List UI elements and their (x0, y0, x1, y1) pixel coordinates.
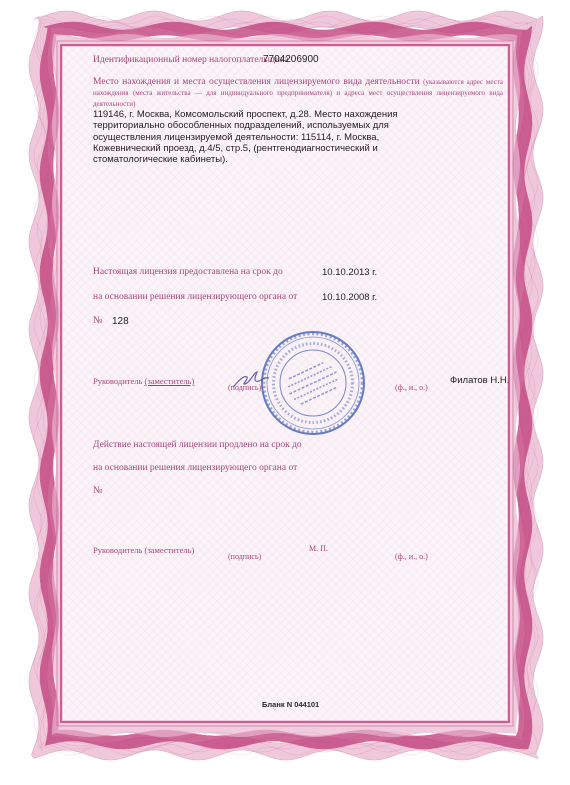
seal-place-label: М. П. (309, 544, 328, 553)
basis-label: на основании решения лицензирующего орга… (93, 292, 297, 302)
location-label-main: Место нахождения и места осуществления л… (93, 77, 420, 87)
fio-label-2: (ф., и., о.) (395, 552, 428, 561)
license-page: Идентификационный номер налогоплательщик… (63, 47, 507, 720)
head-label: Руководитель (заместитель) (93, 376, 194, 386)
head-label-suffix: (заместитель) (145, 376, 195, 386)
signature-label-2: (подпись) (228, 552, 261, 561)
fio-label: (ф., и., о.) (395, 383, 428, 392)
round-seal-stamp-icon (259, 329, 367, 437)
term-label: Настоящая лицензия предоставлена на срок… (93, 267, 283, 277)
blank-number: Бланк N 044101 (262, 700, 319, 709)
inn-value: 7704206900 (263, 54, 319, 65)
fio-value: Филатов Н.Н. (450, 375, 509, 386)
handwritten-signature-icon (231, 369, 271, 391)
extension-term-label: Действие настоящей лицензии продлено на … (93, 440, 302, 450)
extension-basis-label: на основании решения лицензирующего орга… (93, 463, 297, 473)
inn-label: Идентификационный номер налогоплательщик… (93, 55, 289, 65)
head-label-2: Руководитель (заместитель) (93, 545, 194, 555)
extension-number-label: № (93, 485, 103, 496)
term-value: 10.10.2013 г. (322, 267, 377, 278)
location-label: Место нахождения и места осуществления л… (93, 77, 503, 110)
address-value: 119146, г. Москва, Комсомольский проспек… (93, 109, 413, 165)
head-label-prefix: Руководитель (93, 376, 142, 386)
number-label: № (93, 315, 103, 326)
basis-value: 10.10.2008 г. (322, 292, 377, 303)
number-value: 128 (112, 316, 129, 327)
